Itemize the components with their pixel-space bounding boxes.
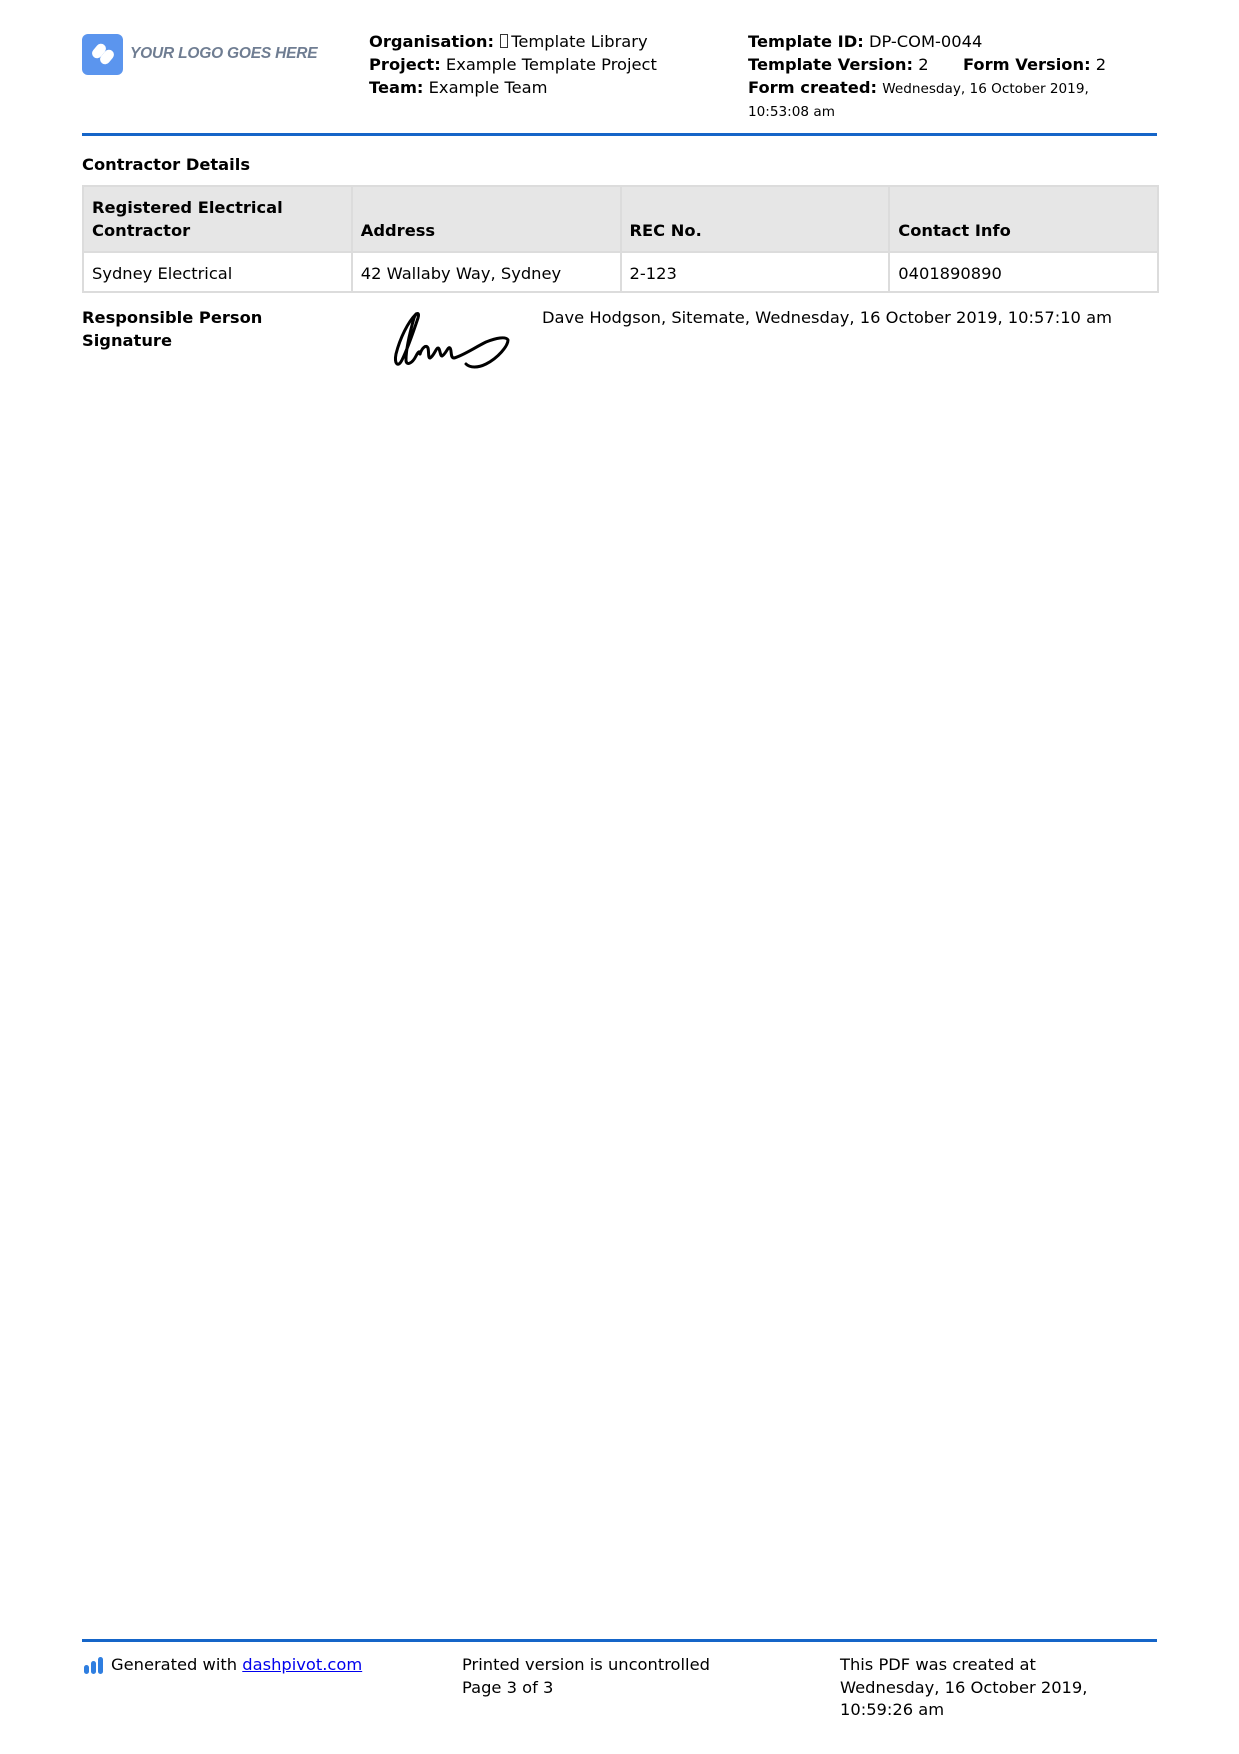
company-logo: YOUR LOGO GOES HERE	[82, 33, 302, 75]
project-label: Project:	[369, 55, 441, 74]
column-header-line: Address	[361, 219, 612, 242]
team-value: Example Team	[429, 78, 548, 97]
created-at-line: 10:59:26 am	[840, 1699, 1087, 1722]
signature-label-line: Responsible Person	[82, 306, 302, 329]
column-header-line: Contact Info	[898, 219, 1149, 242]
footer-generated: Generated with dashpivot.com	[84, 1654, 362, 1677]
table-header-row: Registered Electrical Contractor Address…	[83, 186, 1158, 252]
generated-prefix: Generated with	[111, 1655, 242, 1674]
column-header-contractor: Registered Electrical Contractor	[83, 186, 352, 252]
project-row: Project: Example Template Project	[369, 53, 657, 76]
header-divider	[82, 133, 1157, 136]
dashpivot-link[interactable]: dashpivot.com	[242, 1655, 362, 1674]
organisation-value: Template Library	[511, 32, 647, 51]
created-at-line: This PDF was created at	[840, 1654, 1087, 1677]
template-version-label: Template Version:	[748, 55, 913, 74]
logo-text: YOUR LOGO GOES HERE	[130, 45, 317, 63]
bar-chart-icon	[84, 1656, 103, 1674]
table-row: Sydney Electrical 42 Wallaby Way, Sydney…	[83, 252, 1158, 292]
template-id-row: Template ID: DP-COM-0044	[748, 30, 1106, 53]
template-id-label: Template ID:	[748, 32, 864, 51]
form-created-date: Wednesday, 16 October 2019,	[882, 81, 1089, 97]
contractor-details-table: Registered Electrical Contractor Address…	[82, 185, 1159, 293]
form-version-label: Form Version:	[963, 55, 1091, 74]
template-version-value: 2	[918, 55, 928, 74]
header-meta-right: Template ID: DP-COM-0044 Template Versio…	[748, 30, 1106, 124]
cell-contact-info: 0401890890	[889, 252, 1158, 292]
signature-label-line: Signature	[82, 329, 302, 352]
signature-image	[390, 308, 512, 372]
section-title-contractor-details: Contractor Details	[82, 155, 250, 174]
uncontrolled-notice: Printed version is uncontrolled	[462, 1654, 710, 1677]
signature-label: Responsible Person Signature	[82, 306, 302, 352]
form-created-label: Form created:	[748, 78, 877, 97]
header-meta-left: Organisation: Template Library Project: …	[369, 30, 657, 99]
cell-contractor: Sydney Electrical	[83, 252, 352, 292]
form-version-value: 2	[1096, 55, 1106, 74]
page-number: Page 3 of 3	[462, 1677, 710, 1700]
logo-s-mark-icon	[82, 34, 123, 75]
organisation-row: Organisation: Template Library	[369, 30, 657, 53]
column-header-line: Registered Electrical	[92, 196, 343, 219]
column-header-contact-info: Contact Info	[889, 186, 1158, 252]
column-header-rec-no: REC No.	[621, 186, 890, 252]
signature-signed-by: Dave Hodgson, Sitemate, Wednesday, 16 Oc…	[542, 306, 1112, 329]
created-at-line: Wednesday, 16 October 2019,	[840, 1677, 1087, 1700]
footer-page-info: Printed version is uncontrolled Page 3 o…	[462, 1654, 710, 1699]
template-id-value: DP-COM-0044	[869, 32, 982, 51]
team-row: Team: Example Team	[369, 76, 657, 99]
organisation-label: Organisation:	[369, 32, 494, 51]
missing-glyph-icon	[500, 34, 508, 48]
form-created-row: Form created: Wednesday, 16 October 2019…	[748, 76, 1106, 101]
column-header-address: Address	[352, 186, 621, 252]
column-header-line: REC No.	[630, 219, 881, 242]
cell-address: 42 Wallaby Way, Sydney	[352, 252, 621, 292]
footer-divider	[82, 1639, 1157, 1642]
team-label: Team:	[369, 78, 423, 97]
column-header-line: Contractor	[92, 219, 343, 242]
cell-rec-no: 2-123	[621, 252, 890, 292]
version-row: Template Version: 2 Form Version: 2	[748, 53, 1106, 76]
form-created-time: 10:53:08 am	[748, 101, 1106, 124]
footer-created-at: This PDF was created at Wednesday, 16 Oc…	[840, 1654, 1087, 1722]
project-value: Example Template Project	[446, 55, 657, 74]
